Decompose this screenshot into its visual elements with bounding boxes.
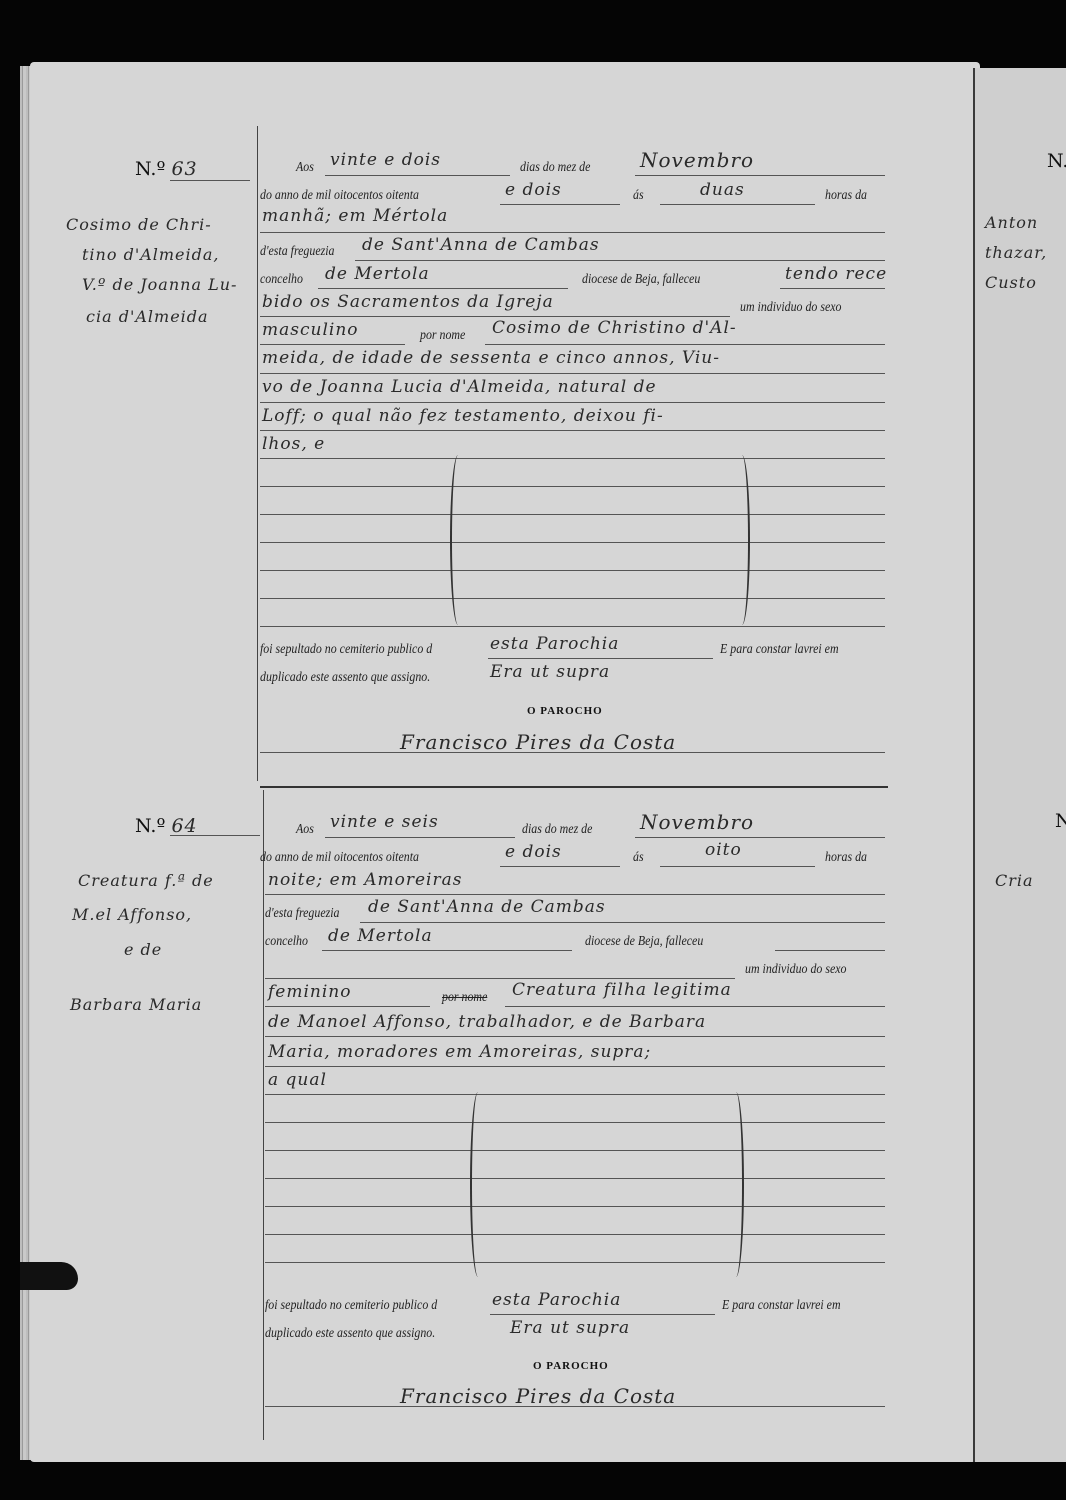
entry-number: 63 [171,158,197,180]
facing-margin-note-line: Cria [995,866,1034,896]
label-horas: horas da [825,850,867,866]
label-freguezia: d'esta freguezia [265,906,339,922]
field-hour: oito [705,840,742,860]
margin-note-line: M.el Affonso, [72,900,192,930]
field-body-line: lhos, e [262,434,325,454]
label-concelho: concelho [265,934,308,950]
label-duplicado: duplicado este assento que assigno. [260,670,430,686]
field-sepultado: esta Parochia [490,634,619,654]
label-anno: do anno de mil oitocentos oitenta [260,850,419,866]
facing-margin-note-line: Custo [985,268,1037,298]
margin-note-line: V.º de Joanna Lu- [82,270,237,300]
label-dias: dias do mez de [520,160,590,176]
cancel-brace-mark [728,1092,744,1277]
field-body-line: meida, de idade de sessenta e cinco anno… [262,348,720,368]
label-diocese: diocese de Beja, falleceu [582,272,700,288]
facing-page-number-label: N. [1047,150,1066,172]
field-era-ut-supra: Era ut supra [510,1318,630,1338]
field-body-line: a qual [268,1070,327,1090]
field-body-line: Maria, moradores em Amoreiras, supra; [268,1042,651,1062]
label-constar: E para constar lavrei em [722,1298,841,1314]
binder-clip [20,1262,78,1290]
cancel-brace-mark [470,1092,486,1277]
facing-margin-note-line: thazar, [985,238,1047,268]
label-sepultado: foi sepultado no cemiterio publico d [260,642,432,658]
field-sexo: masculino [262,320,359,340]
field-freguezia: de Sant'Anna de Cambas [368,897,606,917]
label-por-nome: por nome [420,328,465,344]
label-concelho: concelho [260,272,303,288]
cancel-brace-mark [734,455,750,625]
label-por-nome-struck: por nome [442,990,487,1006]
margin-note-line: cia d'Almeida [86,302,209,332]
label-individuo: um individuo do sexo [745,962,846,978]
field-month: Novembro [640,148,754,172]
label-constar: E para constar lavrei em [720,642,839,658]
field-day: vinte e seis [330,812,439,832]
field-line-extra: bido os Sacramentos da Igreja [262,292,554,312]
field-falleceu-extra: tendo rece [785,264,887,284]
facing-margin-note-line: Anton [985,208,1038,238]
label-aos: Aos [296,822,314,838]
parocho-signature: Francisco Pires da Costa [400,730,676,754]
field-hour: duas [700,180,745,200]
field-year: e dois [505,842,562,862]
field-month: Novembro [640,810,754,834]
parocho-title: O PAROCHO [533,1360,609,1372]
field-freguezia: de Sant'Anna de Cambas [362,235,600,255]
facing-page-number-label: N [1055,810,1066,832]
field-body-line: vo de Joanna Lucia d'Almeida, natural de [262,377,657,397]
label-sepultado: foi sepultado no cemiterio publico d [265,1298,437,1314]
margin-note-line: tino d'Almeida, [82,240,220,270]
field-nome: Cosimo de Christino d'Al- [492,318,737,338]
field-body-line: Loff; o qual não fez testamento, deixou … [262,406,664,426]
facing-page: N. Anton thazar, Custo N Cria [973,68,1066,1462]
cancel-brace-mark [450,455,466,625]
margin-note-line: e de [124,935,162,965]
parocho-title: O PAROCHO [527,705,603,717]
label-horas: horas da [825,188,867,204]
field-day: vinte e dois [330,150,441,170]
label-aos: Aos [296,160,314,176]
field-body-line: de Manoel Affonso, trabalhador, e de Bar… [268,1012,706,1032]
label-dias: dias do mez de [522,822,592,838]
label-diocese: diocese de Beja, falleceu [585,934,703,950]
label-anno: do anno de mil oitocentos oitenta [260,188,419,204]
field-nome: Creatura filha legitima [512,980,732,1000]
field-year: e dois [505,180,562,200]
entry-separator [260,786,888,788]
entry-number-label: N.º 63 [135,158,198,180]
margin-note-line: Creatura f.ª de [78,866,214,896]
label-freguezia: d'esta freguezia [260,244,334,260]
margin-note-line: Cosimo de Chri- [66,210,212,240]
entry-number-label: N.º 64 [135,815,198,837]
field-concelho: de Mertola [328,926,433,946]
entry-number: 64 [171,815,197,837]
margin-note-line: Barbara Maria [70,990,202,1020]
field-concelho: de Mertola [325,264,430,284]
field-time-place: manhã; em Mértola [262,206,448,226]
field-time-place: noite; em Amoreiras [268,870,462,890]
label-individuo: um individuo do sexo [740,300,841,316]
column-divider [257,126,258,781]
field-sexo: feminino [268,982,351,1002]
label-as: ás [633,188,644,204]
parocho-signature: Francisco Pires da Costa [400,1384,676,1408]
label-duplicado: duplicado este assento que assigno. [265,1326,435,1342]
label-as: ás [633,850,644,866]
field-era-ut-supra: Era ut supra [490,662,610,682]
field-sepultado: esta Parochia [492,1290,621,1310]
column-divider [263,790,264,1440]
